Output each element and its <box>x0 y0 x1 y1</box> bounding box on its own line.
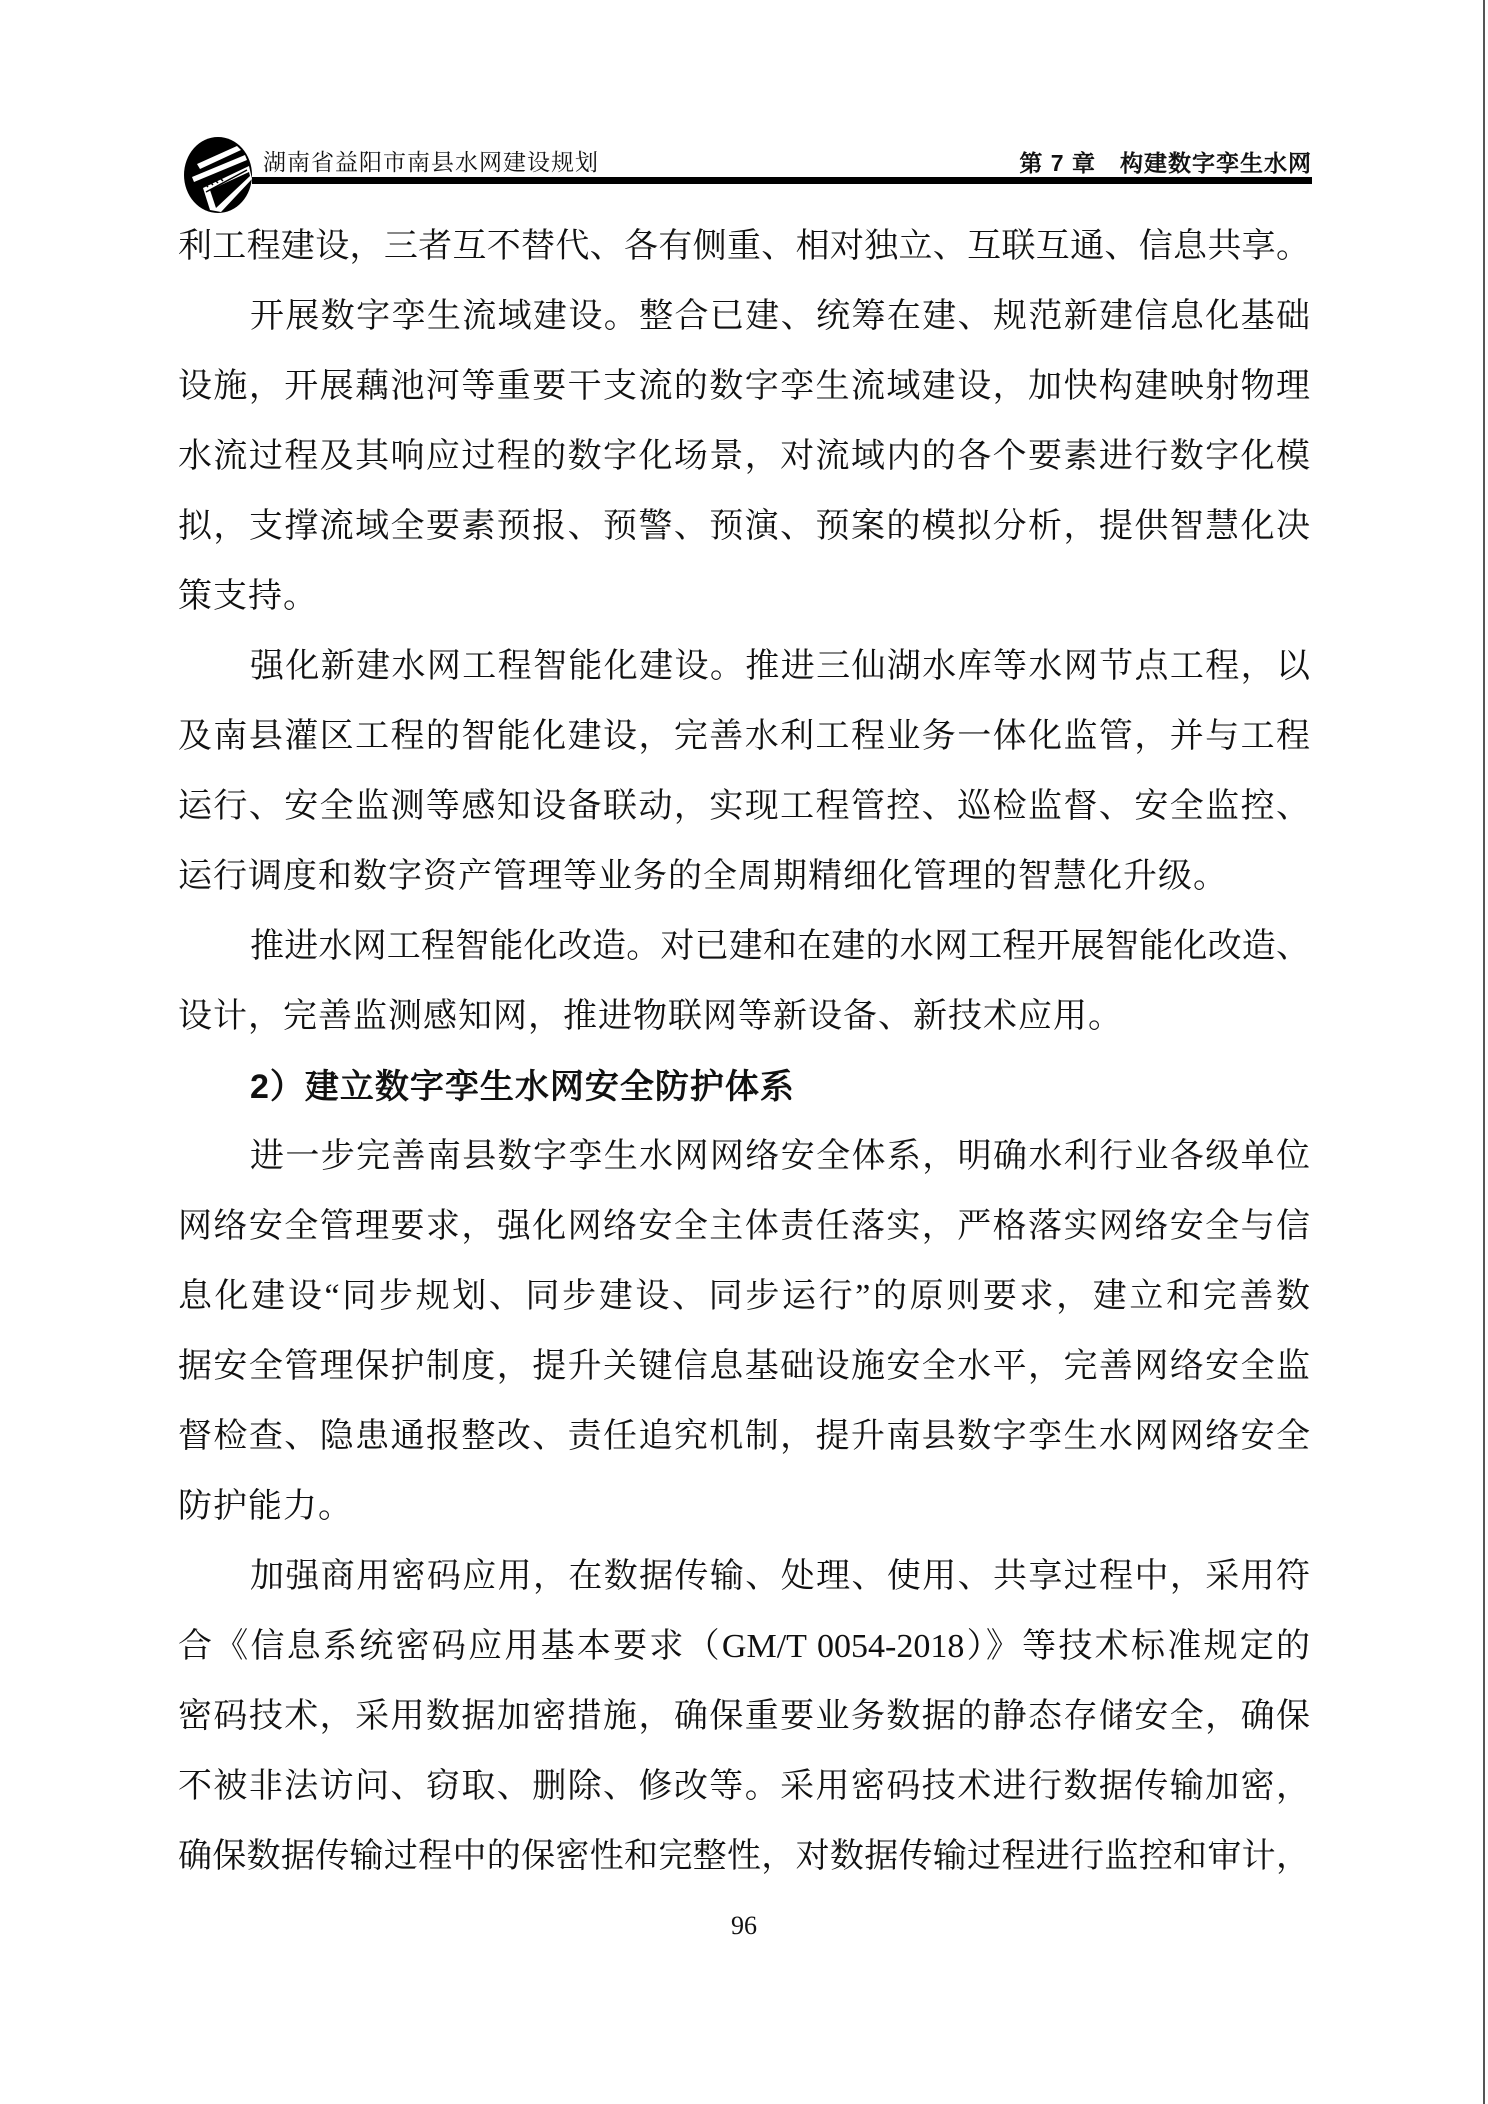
text-line: 开展数字孪生流域建设。整合已建、统筹在建、规范新建信息化基础 <box>178 282 1310 352</box>
text-line: 进一步完善南县数字孪生水网网络安全体系，明确水利行业各级单位 <box>178 1122 1310 1192</box>
header-right-title: 第 7 章 构建数字孪生水网 <box>1019 150 1312 176</box>
text-line: 据安全管理保护制度，提升关键信息基础设施安全水平，完善网络安全监 <box>178 1332 1310 1402</box>
text-line: 设施，开展藕池河等重要干支流的数字孪生流域建设，加快构建映射物理 <box>178 352 1310 422</box>
text-line: 不被非法访问、窃取、删除、修改等。采用密码技术进行数据传输加密， <box>178 1752 1310 1822</box>
text-line: 加强商用密码应用，在数据传输、处理、使用、共享过程中，采用符 <box>178 1542 1310 1612</box>
text-line: 督检查、隐患通报整改、责任追究机制，提升南县数字孪生水网网络安全 <box>178 1402 1310 1472</box>
scan-edge-line <box>1483 0 1485 2104</box>
text-line: 及南县灌区工程的智能化建设，完善水利工程业务一体化监管，并与工程 <box>178 702 1310 772</box>
document-page: 湖南省益阳市南县水网建设规划 第 7 章 构建数字孪生水网 利工程建设，三者互不… <box>0 0 1488 2104</box>
text-line: 网络安全管理要求，强化网络安全主体责任落实，严格落实网络安全与信 <box>178 1192 1310 1262</box>
body-text: 利工程建设，三者互不替代、各有侧重、相对独立、互联互通、信息共享。开展数字孪生流… <box>178 212 1310 1892</box>
text-line: 水流过程及其响应过程的数字化场景，对流域内的各个要素进行数字化模 <box>178 422 1310 492</box>
text-line: 息化建设“同步规划、同步建设、同步运行”的原则要求，建立和完善数 <box>178 1262 1310 1332</box>
text-line: 强化新建水网工程智能化建设。推进三仙湖水库等水网节点工程，以 <box>178 632 1310 702</box>
text-line: 策支持。 <box>178 562 1310 632</box>
text-line: 运行、安全监测等感知设备联动，实现工程管控、巡检监督、安全监控、 <box>178 772 1310 842</box>
header-rule <box>252 177 1312 184</box>
section-heading: 2）建立数字孪生水网安全防护体系 <box>178 1052 1310 1122</box>
text-line: 推进水网工程智能化改造。对已建和在建的水网工程开展智能化改造、 <box>178 912 1310 982</box>
text-line: 确保数据传输过程中的保密性和完整性，对数据传输过程进行监控和审计， <box>178 1822 1310 1892</box>
page-number: 96 <box>0 1908 1488 1944</box>
text-line: 拟，支撑流域全要素预报、预警、预演、预案的模拟分析，提供智慧化决 <box>178 492 1310 562</box>
header-left-title: 湖南省益阳市南县水网建设规划 <box>263 150 599 176</box>
text-line: 合《信息系统密码应用基本要求（GM/T 0054-2018）》等技术标准规定的 <box>178 1612 1310 1682</box>
text-line: 防护能力。 <box>178 1472 1310 1542</box>
text-line: 利工程建设，三者互不替代、各有侧重、相对独立、互联互通、信息共享。 <box>178 212 1310 282</box>
logo-icon <box>183 136 253 214</box>
text-line: 设计，完善监测感知网，推进物联网等新设备、新技术应用。 <box>178 982 1310 1052</box>
text-line: 运行调度和数字资产管理等业务的全周期精细化管理的智慧化升级。 <box>178 842 1310 912</box>
text-line: 密码技术，采用数据加密措施，确保重要业务数据的静态存储安全，确保 <box>178 1682 1310 1752</box>
